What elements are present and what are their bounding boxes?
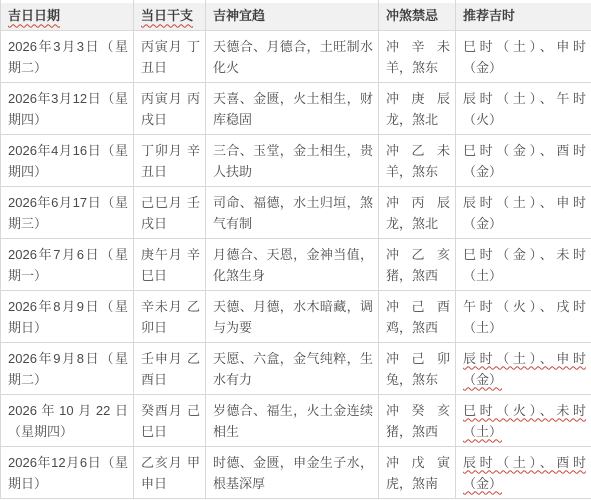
jishen-cell: 岁德合、福生，火土金连续相生 [206,394,379,446]
column-header-chongsha-label: 冲煞禁忌 [386,8,438,23]
chongsha-cell: 冲己卯兔，煞东 [379,342,456,394]
table-row: 2026年10月22日（星期四） 癸酉月 己巳日 岁德合、福生，火土金连续相生 … [1,394,591,446]
table-row: 2026年4月16日（星期四） 丁卯月 辛丑日 三合、玉堂，金土相生，贵人扶助 … [1,134,591,186]
date-cell: 2026年12月6日（星期日） [1,446,134,498]
jishen-cell: 天喜、金匮，火土相生，财库稳固 [206,82,379,134]
date-cell: 2026年6月17日（星期三） [1,186,134,238]
table-body: 2026年3月3日（星期二） 丙寅月 丁丑日 天德合、月德合，土旺制水化火 冲辛… [1,30,591,498]
table-row: 2026年6月17日（星期三） 己巳月 壬戌日 司命、福德，水土归垣，煞气有制 … [1,186,591,238]
jishi-text-wavy: 辰时（土）、酉时（金） [463,455,586,491]
jishen-cell: 天德、月德，水木暗藏，调与为要 [206,290,379,342]
jishi-cell: 辰时（土）、酉时（金） [456,446,591,498]
chongsha-cell: 冲乙亥猪，煞西 [379,238,456,290]
ganzhi-cell: 辛未月 乙卯日 [134,290,206,342]
date-cell: 2026年9月8日（星期二） [1,342,134,394]
ganzhi-cell: 壬申月 乙酉日 [134,342,206,394]
table-header: 吉日日期 当日干支 吉神宜趋 冲煞禁忌 推荐吉时 [1,0,591,30]
auspicious-days-table: 吉日日期 当日干支 吉神宜趋 冲煞禁忌 推荐吉时 2026年3月3日（星期二） … [0,0,591,499]
chongsha-cell: 冲乙未羊，煞东 [379,134,456,186]
jishi-text-wavy: 辰时（土）、申时（金） [463,351,586,387]
date-cell: 2026年3月3日（星期二） [1,30,134,82]
column-header-date-label: 吉日日期 [8,8,60,23]
jishi-cell: 巳时（金）、酉时（金） [456,134,591,186]
jishen-cell: 时德、金匮，申金生子水，根基深厚 [206,446,379,498]
jishi-cell: 辰时（土）、申时（金） [456,186,591,238]
chongsha-cell: 冲庚辰龙，煞北 [379,82,456,134]
column-header-jishi: 推荐吉时 [456,0,591,30]
jishi-cell: 巳时（金）、未时（土） [456,238,591,290]
jishi-cell: 巳时（土）、申时（金） [456,30,591,82]
date-cell: 2026年10月22日（星期四） [1,394,134,446]
jishi-text-wavy: 巳时（火）、未时（土） [463,403,586,439]
table-row: 2026年3月3日（星期二） 丙寅月 丁丑日 天德合、月德合，土旺制水化火 冲辛… [1,30,591,82]
ganzhi-cell: 丁卯月 辛丑日 [134,134,206,186]
column-header-jishen-label: 吉神宜趋 [213,8,265,23]
jishi-cell: 午时（火）、戌时（土） [456,290,591,342]
column-header-ganzhi: 当日干支 [134,0,206,30]
header-row: 吉日日期 当日干支 吉神宜趋 冲煞禁忌 推荐吉时 [1,0,591,30]
column-header-jishi-label: 推荐吉时 [463,8,515,23]
table-row: 2026年3月12日（星期四） 丙寅月 丙戌日 天喜、金匮，火土相生，财库稳固 … [1,82,591,134]
table-row: 2026年7月6日（星期一） 庚午月 辛巳日 月德合、天恩，金神当值，化煞生身 … [1,238,591,290]
jishi-cell: 巳时（火）、未时（土） [456,394,591,446]
column-header-ganzhi-label: 当日干支 [141,8,193,23]
chongsha-cell: 冲己酉鸡，煞西 [379,290,456,342]
column-header-date: 吉日日期 [1,0,134,30]
column-header-chongsha: 冲煞禁忌 [379,0,456,30]
jishen-cell: 天德合、月德合，土旺制水化火 [206,30,379,82]
table-row: 2026年12月6日（星期日） 乙亥月 甲申日 时德、金匮，申金生子水，根基深厚… [1,446,591,498]
ganzhi-cell: 丙寅月 丙戌日 [134,82,206,134]
chongsha-cell: 冲戊寅虎，煞南 [379,446,456,498]
ganzhi-cell: 丙寅月 丁丑日 [134,30,206,82]
date-cell: 2026年4月16日（星期四） [1,134,134,186]
jishen-cell: 天愿、六盒，金气纯粹，生水有力 [206,342,379,394]
almanac-page: 吉日日期 当日干支 吉神宜趋 冲煞禁忌 推荐吉时 2026年3月3日（星期二） … [0,0,591,500]
ganzhi-cell: 庚午月 辛巳日 [134,238,206,290]
jishi-cell: 辰时（土）、午时（火） [456,82,591,134]
jishi-cell: 辰时（土）、申时（金） [456,342,591,394]
ganzhi-cell: 乙亥月 甲申日 [134,446,206,498]
date-cell: 2026年3月12日（星期四） [1,82,134,134]
chongsha-cell: 冲癸亥猪，煞西 [379,394,456,446]
jishen-cell: 司命、福德，水土归垣，煞气有制 [206,186,379,238]
chongsha-cell: 冲丙辰龙，煞北 [379,186,456,238]
table-row: 2026年8月9日（星期日） 辛未月 乙卯日 天德、月德，水木暗藏，调与为要 冲… [1,290,591,342]
table-row: 2026年9月8日（星期二） 壬申月 乙酉日 天愿、六盒，金气纯粹，生水有力 冲… [1,342,591,394]
jishen-cell: 月德合、天恩，金神当值，化煞生身 [206,238,379,290]
date-cell: 2026年7月6日（星期一） [1,238,134,290]
date-cell: 2026年8月9日（星期日） [1,290,134,342]
ganzhi-cell: 己巳月 壬戌日 [134,186,206,238]
ganzhi-cell: 癸酉月 己巳日 [134,394,206,446]
chongsha-cell: 冲辛未羊，煞东 [379,30,456,82]
jishen-cell: 三合、玉堂，金土相生，贵人扶助 [206,134,379,186]
column-header-jishen: 吉神宜趋 [206,0,379,30]
